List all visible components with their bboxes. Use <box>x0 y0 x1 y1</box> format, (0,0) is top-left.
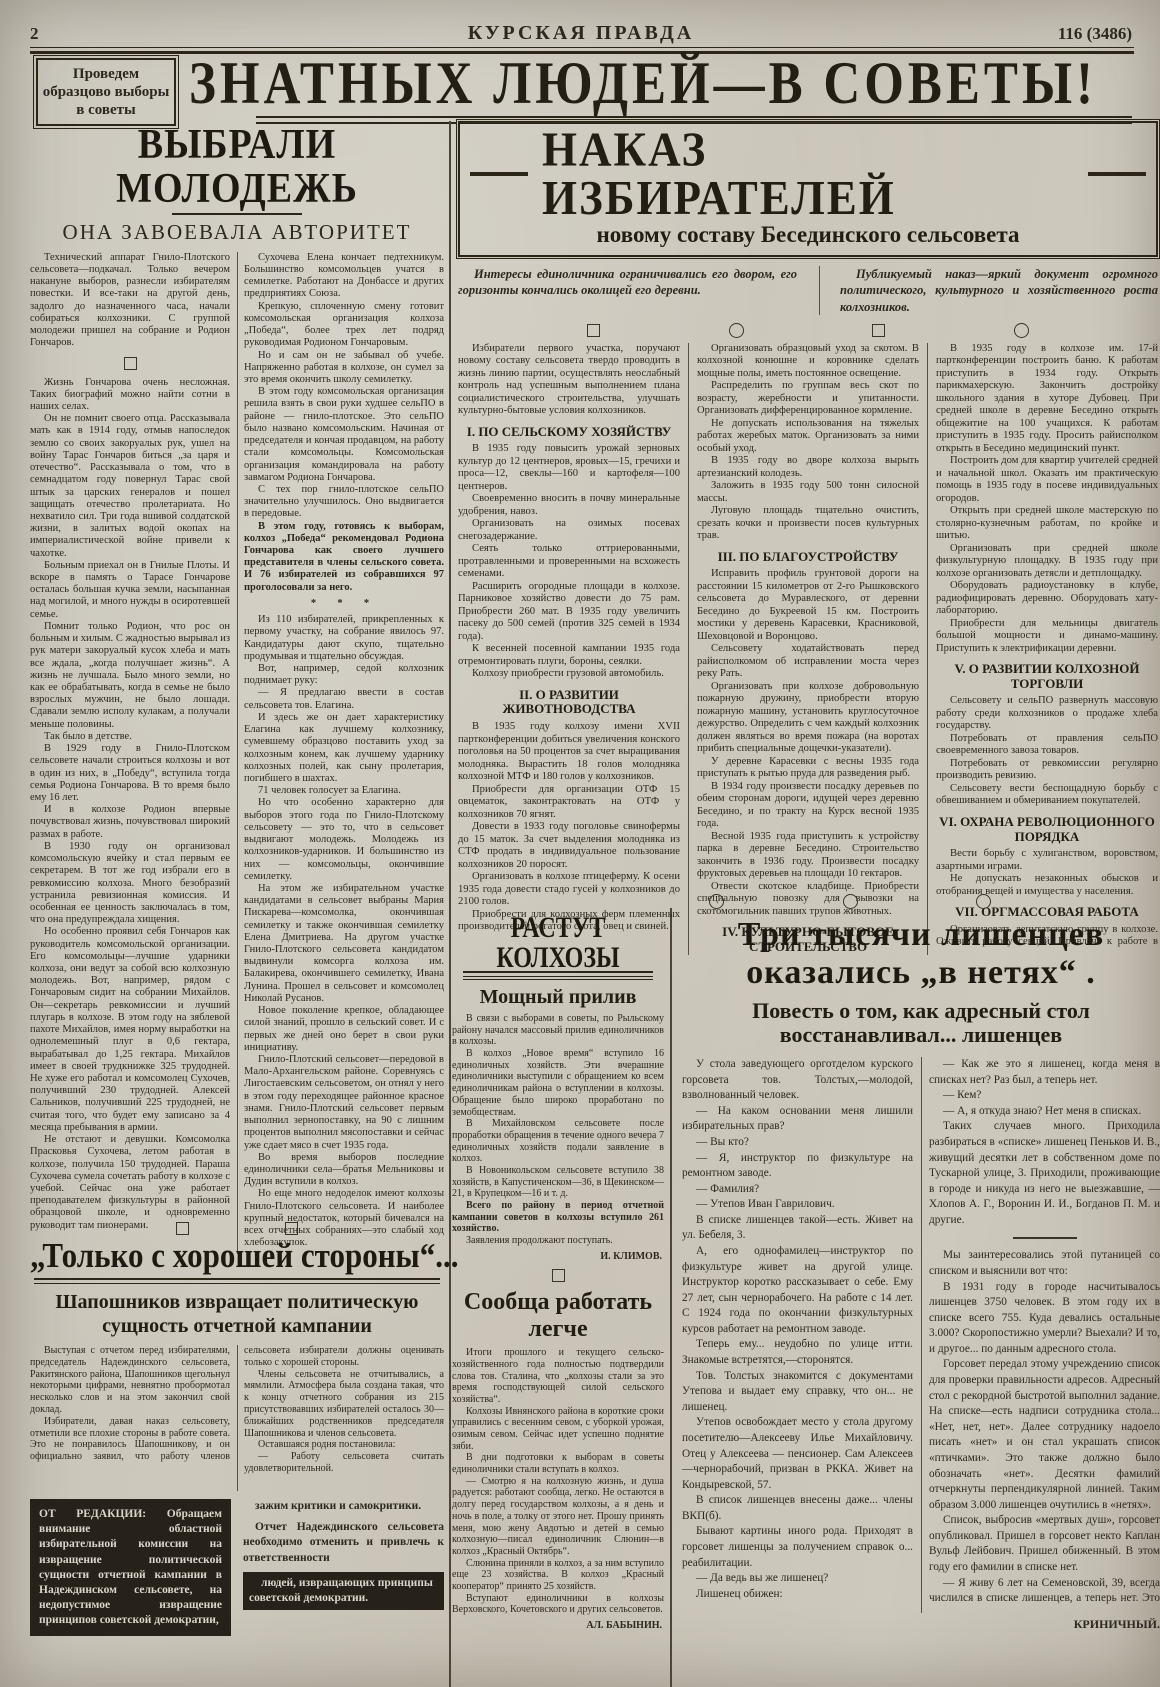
paragraph: Слюнина приняли в колхоз, а за ним вступ… <box>452 1558 664 1593</box>
paragraph: Организовать образцовый уход за скотом. … <box>697 343 919 381</box>
newspaper-title: КУРСКАЯ ПРАВДА <box>468 22 695 45</box>
paragraph: Открыть при средней школе мастерскую по … <box>936 505 1158 543</box>
paragraph: — Утепов Иван Гаврилович. <box>682 1197 913 1213</box>
paragraph: 71 человек голосует за Елагина. <box>244 785 444 797</box>
article-body: В связи с выборами в советы, по Рыльском… <box>452 1013 664 1282</box>
article-headline: РАСТУТ КОЛХОЗЫ <box>452 913 664 973</box>
paragraph: Весной 1935 года приступить к устройству… <box>697 831 919 881</box>
circle-ornament-icon <box>976 894 991 909</box>
square-ornament-icon <box>587 324 600 337</box>
paragraph: — А, я откуда знаю? Нет меня в списках. <box>929 1104 1160 1120</box>
nakaz-headline-box: НАКАЗ ИЗБИРАТЕЛЕЙ новому составу Беседин… <box>458 121 1158 257</box>
paragraph: Больным приехал он в Гнилые Плоты. И вск… <box>30 560 230 621</box>
article-body: Итоги прошлого и текущего сельско-хозяйс… <box>452 1347 664 1632</box>
paragraph: Члены сельсовета не отчитывались, а мямл… <box>244 1369 444 1440</box>
paragraph: К весенней посевной кампании 1935 года о… <box>458 643 680 668</box>
paragraph: Сельсовету и сельПО развернуть массовую … <box>936 695 1158 733</box>
paragraph: С тех пор гнило-плотское сельПО значител… <box>244 484 444 521</box>
paragraph: Тов. Толстых знакомится с документами Ут… <box>682 1369 913 1416</box>
paragraph: Новое поколение крепкое, обладающее сило… <box>244 1005 444 1054</box>
column-divider <box>449 121 451 1687</box>
paragraph: Вот, например, седой колхозник поднимает… <box>244 663 444 687</box>
paragraph: Мы заинтересовались этой путаницей со сп… <box>929 1248 1160 1279</box>
editorial-text: Отчет Надеждинского сельсовета необходим… <box>243 1520 444 1566</box>
box-divider-icon <box>124 357 137 370</box>
ornament-row <box>458 323 1158 338</box>
paragraph: Приобрести для мельницы двигатель большо… <box>936 618 1158 656</box>
headline-rule <box>172 213 302 215</box>
newspaper-page: 2 КУРСКАЯ ПРАВДА 116 (3486) Проведем обр… <box>0 0 1160 1687</box>
paragraph: В Михайловском сельсовете после проработ… <box>452 1118 664 1165</box>
paragraph: Сухочева Елена кончает педтехникум. Боль… <box>244 252 444 301</box>
nakaz-subtitle: новому составу Бесединского сельсовета <box>470 223 1146 247</box>
article-subtitle-line2: восстанавливал... лишенцев <box>682 1023 1160 1048</box>
paragraph: В 1935 году повысить урожай зерновых кул… <box>458 443 680 493</box>
article-tolko-s-horoshey-storony: „Только с хорошей стороны“... Шапошников… <box>30 1222 444 1636</box>
paragraph: Во время выборов последние единоличники … <box>244 1152 444 1189</box>
banner-headline: ЗНАТНЫХ ЛЮДЕЙ—В СОВЕТЫ! <box>178 50 1108 118</box>
nakaz-intro: Интересы единоличника ограничивались его… <box>458 266 1158 315</box>
paragraph: Выступая с отчетом перед избирателями, п… <box>30 1345 230 1416</box>
paragraph: Крепкую, сплоченную смену готовит комсом… <box>244 301 444 350</box>
box-divider-icon <box>552 1269 565 1282</box>
paragraph: Всего по району в период отчетной кампан… <box>452 1200 664 1235</box>
editorial-note: ОТ РЕДАКЦИИ: Обращаем внимание областной… <box>30 1499 444 1636</box>
square-ornament-icon <box>285 1222 298 1235</box>
paragraph: — На каком основании меня лишили избират… <box>682 1104 913 1135</box>
paragraph: Так было в детстве. <box>30 731 230 743</box>
intro-right: Публикуемый наказ—яркий документ огромно… <box>819 266 1158 315</box>
paragraph: Построить дом для квартир учителей средн… <box>936 455 1158 505</box>
paragraph: В колхоз „Новое время“ вступило 16 едино… <box>452 1048 664 1118</box>
paragraph: Помнит только Родион, что рос он больным… <box>30 621 230 731</box>
paragraph: Список, выбросив «мертвых душ», горсовет… <box>929 1513 1160 1575</box>
paragraph: — Вы кто? <box>682 1135 913 1151</box>
paragraph: Он не помнит своего отца. Рассказывала м… <box>30 413 230 560</box>
square-ornament-icon <box>176 1222 189 1235</box>
paragraph: Технический аппарат Гнило-Плотского сель… <box>30 252 230 350</box>
paragraph: Не допускать использования на тяжелых ра… <box>697 418 919 456</box>
paragraph: Колхозы Ивнянского района в короткие сро… <box>452 1406 664 1453</box>
paragraph: В списке лишенцев такой—есть. Живет на у… <box>682 1213 913 1244</box>
ornament-row <box>590 894 1110 909</box>
headline-dash-icon <box>470 172 528 176</box>
paragraph: Луговую площадь тщательно очистить, срез… <box>697 505 919 543</box>
paragraph: Из 110 избирателей, прикрепленных к перв… <box>244 614 444 663</box>
article-body: Технический аппарат Гнило-Плотского сель… <box>30 252 444 1254</box>
paragraph: В 1930 году он организовал комсомольскую… <box>30 841 230 927</box>
issue-number: 116 (3486) <box>694 24 1132 44</box>
article-subtitle: ОНА ЗАВОЕВАЛА АВТОРИТЕТ <box>30 220 444 245</box>
article-soobshcha: Сообща работать легче Итоги прошлого и т… <box>452 1289 664 1631</box>
circle-ornament-icon <box>729 323 744 338</box>
headline-dash-icon <box>1088 172 1146 176</box>
article-headline: Сообща работать легче <box>452 1289 664 1342</box>
paragraph: В этом году, готовясь к выборам, колхоз … <box>244 521 444 594</box>
paragraph: — Смотрю я на колхозную жизнь, и душа ра… <box>452 1476 664 1558</box>
paragraph: В Новоникольском сельсовете вступило 38 … <box>452 1165 664 1200</box>
paragraph: И здесь же он дает характеристику Елагин… <box>244 712 444 785</box>
paragraph: Расширить огородные площади в колхозе. П… <box>458 581 680 644</box>
article-subtitle-line1: Повесть о том, как адресный стол <box>682 999 1160 1024</box>
paragraph: Но что особенно характерно для выборов э… <box>244 797 444 883</box>
paragraph: — Фамилия? <box>682 1182 913 1198</box>
circle-ornament-icon <box>843 894 858 909</box>
paragraph: В 1935 году колхозу имени XVII партконфе… <box>458 721 680 784</box>
article-subtitle-line1: Шапошников извращает политическую <box>30 1290 444 1314</box>
paragraph: Утепов освобождает место у стола другому… <box>682 1415 913 1493</box>
paragraph: Сеять только оттриерованными, протравлен… <box>458 543 680 581</box>
paragraph: Оставшаяся родня постановила: <box>244 1439 444 1451</box>
paragraph: Жизнь Гончарова очень несложная. Таких б… <box>30 377 230 414</box>
paragraph: Лишенец обижен: <box>682 1587 913 1603</box>
article-body: Выступая с отчетом перед избирателями, п… <box>30 1345 444 1491</box>
circle-ornament-icon <box>709 894 724 909</box>
paragraph: Теперь ему... неудобно по улице итти. Зн… <box>682 1337 913 1368</box>
signature: И. КЛИМОВ. <box>452 1251 662 1263</box>
paragraph: Но особенно проявил себя Гончаров как ру… <box>30 926 230 1134</box>
paragraph: И в колхозе Родион впервые почувствовал … <box>30 804 230 841</box>
paragraph: Заявления продолжают поступать. <box>452 1235 664 1247</box>
paragraph: А, его однофамилец—инструктор по физкуль… <box>682 1244 913 1337</box>
article-headline: ВЫБРАЛИ МОЛОДЕЖЬ <box>30 124 444 212</box>
paragraph: В 1929 году в Гнило-Плотском сельсовете … <box>30 743 230 804</box>
headline-rule <box>34 1278 440 1284</box>
paragraph: Своевременно вносить в почву минеральные… <box>458 493 680 518</box>
promo-text: Проведем образцово выборы в советы <box>40 65 172 119</box>
paragraph: Заложить в 1935 году 500 тонн силосной м… <box>697 480 919 505</box>
signature: АЛ. БАБЫНИН. <box>452 1620 662 1632</box>
paragraph: Сельсовету ходатайствовать перед райиспо… <box>697 643 919 681</box>
paragraph: В связи с выборами в советы, по Рыльском… <box>452 1013 664 1048</box>
paragraph: Организовать при колхозе добровольную по… <box>697 681 919 756</box>
article-tri-tysyachi-lishencev: Три тысячи лишенцев оказались „в нетях“ … <box>682 916 1160 1632</box>
section-heading: II. О РАЗВИТИИ ЖИВОТНОВОДСТВА <box>460 688 678 717</box>
editorial-text: зажим критики и самокритики. <box>243 1499 444 1514</box>
paragraph: Распределить по группам весь скот по воз… <box>697 380 919 418</box>
paragraph: В 1935 году в колхозе им. 17-й партконфе… <box>936 343 1158 456</box>
paragraph: Не отстают и девушки. Комсомолка Прасков… <box>30 1134 230 1232</box>
paragraph: На этом же избирательном участке кандида… <box>244 883 444 1005</box>
paragraph: Гнило-Плотский сельсовет—передовой в Мал… <box>244 1054 444 1152</box>
masthead: 2 КУРСКАЯ ПРАВДА 116 (3486) <box>30 22 1132 45</box>
editorial-inverted-text: людей, извращающих принципы советской де… <box>243 1572 444 1610</box>
nakaz-body: Избиратели первого участка, поручают нов… <box>458 343 1158 955</box>
page-number: 2 <box>30 24 468 44</box>
column-divider <box>670 908 672 1687</box>
paragraph: Бывают картины иного рода. Приходят в го… <box>682 1524 913 1571</box>
paragraph: В 1935 году во дворе колхоза вырыть арте… <box>697 455 919 480</box>
paragraph: У деревне Карасевки с весны 1935 года пр… <box>697 756 919 781</box>
paragraph: В дни подготовки к выборам в советы един… <box>452 1452 664 1475</box>
paragraph: — Работу сельсовета считать удовлетворит… <box>244 1451 444 1475</box>
article-nakaz-izbirateley: НАКАЗ ИЗБИРАТЕЛЕЙ новому составу Беседин… <box>458 121 1158 955</box>
paragraph: Но и сам он не забывал об учебе. Напряже… <box>244 350 444 387</box>
paragraph: Таких случаев много. Приходила разбирать… <box>929 1119 1160 1228</box>
paragraph: Организовать при средней школе физкульту… <box>936 543 1158 581</box>
paragraph: Вести борьбу с хулиганством, воровством,… <box>936 848 1158 873</box>
editorial-continuation: зажим критики и самокритики. Отчет Надеж… <box>243 1499 444 1636</box>
article-headline-line2: оказались „в нетях“ . <box>682 954 1160 992</box>
paragraph: Потребовать от ревкомиссии регулярно про… <box>936 758 1158 783</box>
paragraph: В 1934 году произвести посадку деревьев … <box>697 781 919 831</box>
paragraph: В этом году комсомольская организация ре… <box>244 386 444 484</box>
paragraph: Приобрести для организации ОТФ 15 овцема… <box>458 784 680 822</box>
square-ornament-icon <box>872 324 885 337</box>
paragraph: Организовать на озимых посевах снегозаде… <box>458 518 680 543</box>
paragraph: Колхозу приобрести грузовой автомобиль. <box>458 668 680 681</box>
rule-divider-icon <box>1013 1237 1077 1239</box>
signature: КРИНИЧНЫЙ. <box>682 1617 1160 1632</box>
article-vybrali-molodezh: ВЫБРАЛИ МОЛОДЕЖЬ ОНА ЗАВОЕВАЛА АВТОРИТЕТ… <box>30 124 444 1254</box>
article-subhead: Мощный прилив <box>452 986 664 1009</box>
paragraph: Сельсовету вести беспощадную борьбу с об… <box>936 783 1158 808</box>
article-body: У стола заведующего орготделом курского … <box>682 1057 1160 1613</box>
section-heading: I. ПО СЕЛЬСКОМУ ХОЗЯЙСТВУ <box>460 425 678 440</box>
paragraph: В 1931 году в городе насчитывалось лишен… <box>929 1280 1160 1358</box>
ornament-row <box>30 1222 444 1235</box>
section-heading: VI. ОХРАНА РЕВОЛЮЦИОННОГО ПОРЯДКА <box>938 815 1156 844</box>
paragraph: — Да ведь вы же лишенец? <box>682 1571 913 1587</box>
intro-left: Интересы единоличника ограничивались его… <box>458 266 797 315</box>
nakaz-headline: НАКАЗ ИЗБИРАТЕЛЕЙ <box>542 125 1074 222</box>
circle-ornament-icon <box>1014 323 1029 338</box>
paragraph: Итоги прошлого и текущего сельско-хозяйс… <box>452 1347 664 1405</box>
promo-box: Проведем образцово выборы в советы <box>36 58 176 126</box>
paragraph: Довести в 1933 году поголовье свинофермы… <box>458 821 680 871</box>
article-rastut-kolhozy: РАСТУТ КОЛХОЗЫ Мощный прилив В связи с в… <box>452 913 664 1687</box>
paragraph: — Я, инструктор по физкультуре на ремонт… <box>682 1151 913 1182</box>
paragraph: Оборудовать радиоустановку в клубе, ради… <box>936 580 1158 618</box>
editorial-black-box: ОТ РЕДАКЦИИ: Обращаем внимание областной… <box>30 1499 231 1636</box>
paragraph: В список лишенцев внесены даже... члены … <box>682 1493 913 1524</box>
section-heading: V. О РАЗВИТИИ КОЛХОЗНОЙ ТОРГОВЛИ <box>938 662 1156 691</box>
paragraph: Исправить профиль грунтовой дороги на ра… <box>697 568 919 643</box>
paragraph: Потребовать от правления сельПО своеврем… <box>936 733 1158 758</box>
paragraph: Вступают единоличники в колхозы Верховск… <box>452 1593 664 1616</box>
paragraph: — Я предлагаю ввести в состав сельсовета… <box>244 687 444 711</box>
article-subtitle-line2: сущность отчетной кампании <box>30 1314 444 1338</box>
paragraph: Избиратели первого участка, поручают нов… <box>458 343 680 418</box>
stars-divider-icon: * * * <box>244 598 444 610</box>
article-headline: „Только с хорошей стороны“... <box>30 1238 444 1273</box>
section-heading: III. ПО БЛАГОУСТРОЙСТВУ <box>699 550 917 565</box>
paragraph: Горсовет передал этому учреждению список… <box>929 1357 1160 1513</box>
paragraph: — Как же это я лишенец, когда меня в спи… <box>929 1057 1160 1088</box>
article-headline-line1: Три тысячи лишенцев <box>682 916 1160 954</box>
paragraph: У стола заведующего орготделом курского … <box>682 1057 913 1104</box>
paragraph: — Кем? <box>929 1088 1160 1104</box>
